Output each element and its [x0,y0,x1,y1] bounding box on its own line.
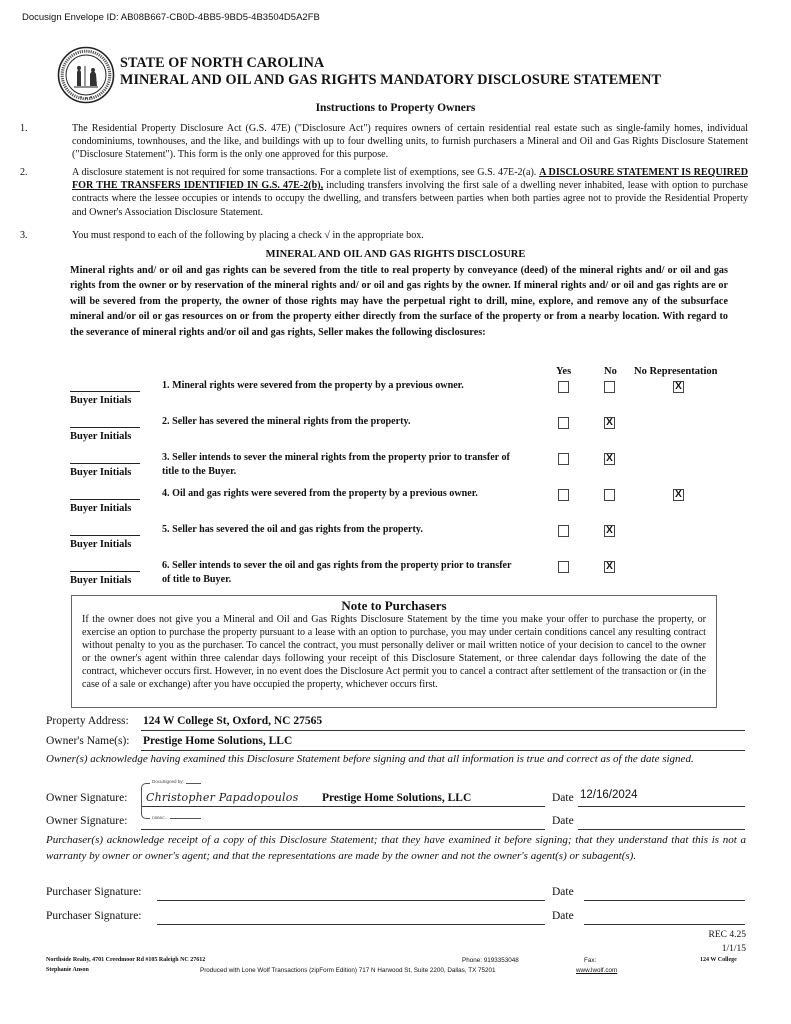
footer-brokerage: Northside Realty, 4701 Creedmoor Rd #105… [46,957,205,963]
buyer-initials-field[interactable] [70,391,140,392]
instruction-item-3: 3. You must respond to each of the follo… [20,229,748,242]
buyer-initials-label: Buyer Initials [70,503,131,514]
owner-signature-field-2[interactable] [141,815,545,830]
disclosure-question-row: Buyer Initials3. Seller intends to sever… [0,446,791,482]
footer-fax: Fax: [584,957,596,964]
buyer-initials-field[interactable] [70,499,140,500]
owner-name-label: Owner's Name(s): [46,735,130,747]
checkbox-no[interactable]: X [604,525,615,537]
checkbox-no[interactable]: X [604,417,615,429]
checkbox-no-representation[interactable]: X [673,381,684,393]
owner-company: Prestige Home Solutions, LLC [322,792,471,804]
checkbox-no[interactable] [604,489,615,501]
footer-website-link[interactable]: www.lwolf.com [576,967,617,974]
state-seal-icon [57,46,115,104]
property-address-label: Property Address: [46,715,129,727]
note-to-purchasers: Note to Purchasers If the owner does not… [71,595,717,708]
purchaser-signature-field-2[interactable] [157,910,545,925]
form-date: 1/1/15 [722,944,746,954]
purchaser-signature-label-1: Purchaser Signature: [46,886,142,898]
buyer-initials-field[interactable] [70,571,140,572]
owner-signature-label: Owner Signature: [46,792,127,804]
disclosure-question-row: Buyer Initials1. Mineral rights were sev… [0,374,791,410]
buyer-initials-label: Buyer Initials [70,395,131,406]
disclosure-question-row: Buyer Initials6. Seller intends to sever… [0,554,791,590]
checkbox-yes[interactable] [558,525,569,537]
purchaser-date-label-2: Date [552,910,574,922]
instruction-item-2: 2. A disclosure statement is not require… [20,166,748,219]
owner-date-field-2[interactable] [578,815,745,830]
owner-acknowledgement: Owner(s) acknowledge having examined thi… [46,752,746,768]
purchaser-date-label-1: Date [552,886,574,898]
owner-date-value: 12/16/2024 [580,789,638,801]
footer-file-name: 124 W College [700,957,737,963]
purchaser-signature-field-1[interactable] [157,886,545,901]
owner-signature-label-2: Owner Signature: [46,815,127,827]
footer-phone: Phone: 9193353048 [462,957,519,964]
buyer-initials-field[interactable] [70,463,140,464]
owner-name-value: Prestige Home Solutions, LLC [143,735,292,747]
property-address-value: 124 W College St, Oxford, NC 27565 [143,715,322,727]
disclosure-question-row: Buyer Initials5. Seller has severed the … [0,518,791,554]
question-text: 4. Oil and gas rights were severed from … [162,487,522,501]
owner-date-label-2: Date [552,815,574,827]
title-state: STATE OF NORTH CAROLINA [120,55,661,72]
buyer-initials-label: Buyer Initials [70,467,131,478]
docusign-label: DocuSigned by: [150,779,186,784]
instruction-number: 1. [20,122,60,135]
checkbox-yes[interactable] [558,561,569,573]
buyer-initials-label: Buyer Initials [70,539,131,550]
checkbox-yes[interactable] [558,489,569,501]
buyer-initials-field[interactable] [70,535,140,536]
instruction-item-1: 1. The Residential Property Disclosure A… [20,122,748,162]
footer-produced-by: Produced with Lone Wolf Transactions (zi… [200,967,496,974]
purchaser-signature-label-2: Purchaser Signature: [46,910,142,922]
disclosure-question-row: Buyer Initials4. Oil and gas rights were… [0,482,791,518]
instruction-text: You must respond to each of the followin… [72,229,748,242]
note-text: If the owner does not give you a Mineral… [72,613,716,692]
purchaser-acknowledgement: Purchaser(s) acknowledge receipt of a co… [46,833,746,864]
form-title: STATE OF NORTH CAROLINA MINERAL AND OIL … [120,55,661,89]
question-text: 1. Mineral rights were severed from the … [162,379,522,393]
title-form-name: MINERAL AND OIL AND GAS RIGHTS MANDATORY… [120,72,661,89]
footer-agent: Stephanie Anson [46,967,89,973]
form-code: REC 4.25 [709,930,746,940]
owner-date-label: Date [552,792,574,804]
purchaser-date-field-1[interactable] [584,886,745,901]
instruction-number: 3. [20,229,60,242]
buyer-initials-label: Buyer Initials [70,431,131,442]
checkbox-no[interactable]: X [604,453,615,465]
buyer-initials-label: Buyer Initials [70,575,131,586]
docusign-envelope-id: Docusign Envelope ID: AB08B667-CB0D-4BB5… [22,12,320,23]
disclosure-question-row: Buyer Initials2. Seller has severed the … [0,410,791,446]
question-text: 3. Seller intends to sever the mineral r… [162,451,522,479]
checkbox-yes[interactable] [558,381,569,393]
owner-signature-value: Christopher Papadopoulos [146,791,298,804]
question-text: 6. Seller intends to sever the oil and g… [162,559,522,587]
checkbox-yes[interactable] [558,417,569,429]
checkbox-no[interactable] [604,381,615,393]
instructions-heading: Instructions to Property Owners [0,102,791,114]
disclosure-paragraph: Mineral rights and/ or oil and gas right… [70,263,728,340]
question-text: 2. Seller has severed the mineral rights… [162,415,522,429]
note-title: Note to Purchasers [72,598,716,613]
checkbox-no-representation[interactable]: X [673,489,684,501]
disclosure-heading: MINERAL AND OIL AND GAS RIGHTS DISCLOSUR… [0,249,791,260]
checkbox-no[interactable]: X [604,561,615,573]
purchaser-date-field-2[interactable] [584,910,745,925]
question-text: 5. Seller has severed the oil and gas ri… [162,523,522,537]
instruction-text: The Residential Property Disclosure Act … [72,122,748,162]
instruction-number: 2. [20,166,60,179]
checkbox-yes[interactable] [558,453,569,465]
instruction-text: A disclosure statement is not required f… [72,166,748,219]
buyer-initials-field[interactable] [70,427,140,428]
